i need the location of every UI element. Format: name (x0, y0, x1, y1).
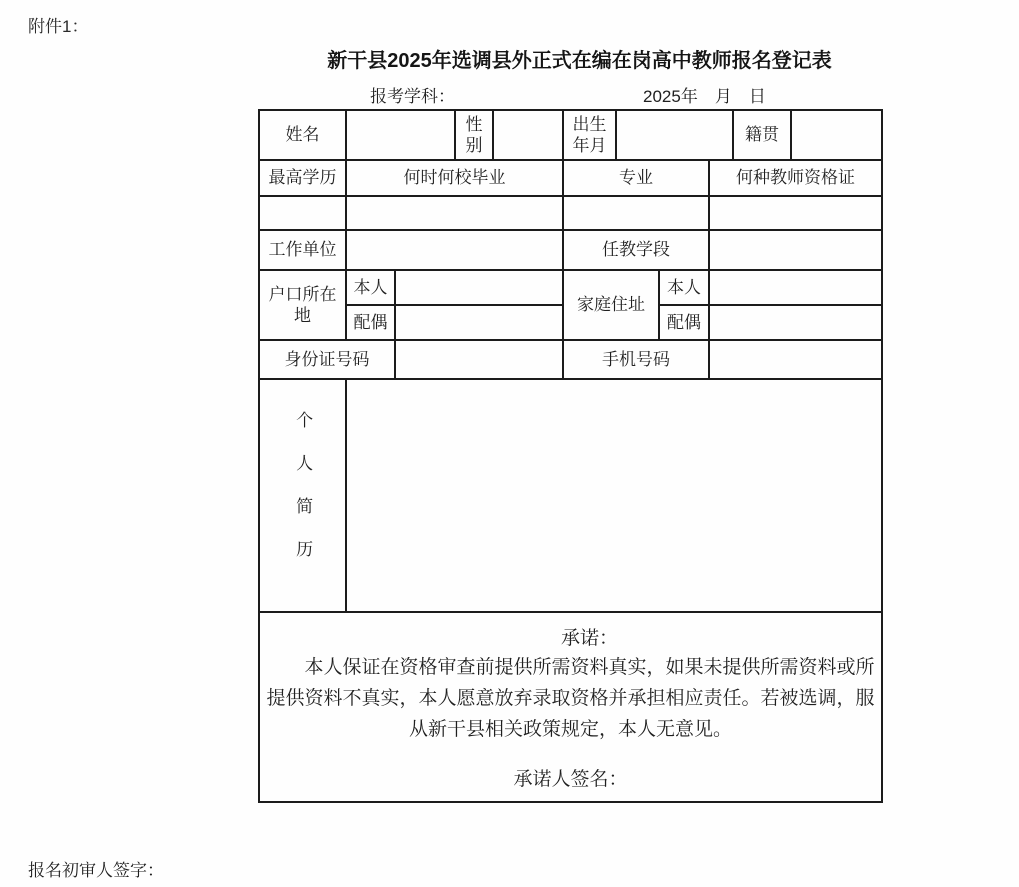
major-label: 专业 (563, 160, 709, 196)
native-place-label: 籍贯 (733, 110, 791, 160)
subject-field-label: 报考学科： (370, 82, 455, 107)
resume-content-cell (346, 379, 882, 612)
residence-spouse-label: 配偶 (346, 305, 395, 340)
graduation-value-cell (346, 196, 563, 230)
promise-heading: 承诺： (265, 624, 876, 653)
graduation-school-label: 何时何校毕业 (346, 160, 563, 196)
address-spouse-label: 配偶 (659, 305, 709, 340)
gender-value-cell (493, 110, 563, 160)
promise-cell: 承诺： 本人保证在资格审查前提供所需资料真实，如果未提供所需资料或所提供资料不真… (259, 612, 882, 802)
address-self-value-cell (709, 270, 882, 305)
address-spouse-value-cell (709, 305, 882, 340)
registration-form-table: 姓名 性别 出生年月 籍贯 最高学历 何时何校毕业 专业 何种教师资格证 (258, 109, 883, 803)
birth-date-value-cell (616, 110, 733, 160)
name-label: 姓名 (259, 110, 346, 160)
promise-content: 承诺： 本人保证在资格审查前提供所需资料真实，如果未提供所需资料或所提供资料不真… (262, 614, 879, 800)
residence-self-value-cell (395, 270, 563, 305)
teaching-stage-label: 任教学段 (563, 230, 709, 270)
teaching-stage-value-cell (709, 230, 882, 270)
address-self-label: 本人 (659, 270, 709, 305)
native-place-value-cell (791, 110, 882, 160)
form-subheader: 报考学科： 2025年 月 日 (258, 79, 883, 109)
gender-label: 性别 (455, 110, 493, 160)
residence-label: 户口所在地 (259, 270, 346, 340)
date-field: 2025年 月 日 (643, 82, 766, 107)
work-unit-label: 工作单位 (259, 230, 346, 270)
residence-self-label: 本人 (346, 270, 395, 305)
attachment-label: 附件1： (28, 12, 88, 37)
promise-body: 本人保证在资格审查前提供所需资料真实，如果未提供所需资料或所提供资料不真实，本人… (265, 653, 876, 745)
form-sheet: 新干县2025年选调县外正式在编在岗高中教师报名登记表 报考学科： 2025年 … (258, 44, 883, 803)
phone-label: 手机号码 (563, 340, 709, 379)
promise-signature-label: 承诺人签名： (265, 768, 876, 792)
certificate-value-cell (709, 196, 882, 230)
birth-date-label: 出生年月 (563, 110, 616, 160)
reviewer-signature-label: 报名初审人签字： (28, 856, 164, 881)
work-unit-value-cell (346, 230, 563, 270)
resume-label: 个人简历 (292, 411, 313, 583)
education-label: 最高学历 (259, 160, 346, 196)
teacher-certificate-label: 何种教师资格证 (709, 160, 882, 196)
phone-value-cell (709, 340, 882, 379)
name-value-cell (346, 110, 455, 160)
education-value-cell (259, 196, 346, 230)
document-page: 附件1： 新干县2025年选调县外正式在编在岗高中教师报名登记表 报考学科： 2… (0, 0, 1019, 887)
home-address-label: 家庭住址 (563, 270, 659, 340)
form-title: 新干县2025年选调县外正式在编在岗高中教师报名登记表 (276, 44, 883, 73)
residence-spouse-value-cell (395, 305, 563, 340)
resume-label-cell: 个人简历 (259, 379, 346, 612)
id-number-value-cell (395, 340, 563, 379)
id-number-label: 身份证号码 (259, 340, 395, 379)
major-value-cell (563, 196, 709, 230)
